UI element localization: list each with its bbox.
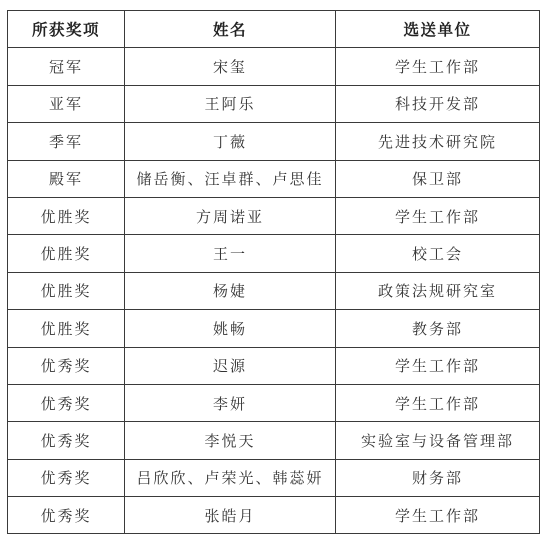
cell-unit: 财务部 — [336, 459, 540, 496]
cell-unit: 学生工作部 — [336, 48, 540, 85]
cell-name: 宋玺 — [125, 48, 336, 85]
table-row: 优秀奖 李妍 学生工作部 — [8, 384, 540, 421]
cell-unit: 政策法规研究室 — [336, 272, 540, 309]
table-row: 优秀奖 张皓月 学生工作部 — [8, 497, 540, 534]
cell-name: 姚畅 — [125, 310, 336, 347]
cell-unit: 实验室与设备管理部 — [336, 422, 540, 459]
cell-name: 吕欣欣、卢荣光、韩蕊妍 — [125, 459, 336, 496]
cell-name: 王一 — [125, 235, 336, 272]
table-row: 优秀奖 迟源 学生工作部 — [8, 347, 540, 384]
cell-award: 优秀奖 — [8, 497, 125, 534]
table-row: 殿军 储岳衡、汪卓群、卢思佳 保卫部 — [8, 160, 540, 197]
table-row: 优秀奖 李悦天 实验室与设备管理部 — [8, 422, 540, 459]
cell-name: 储岳衡、汪卓群、卢思佳 — [125, 160, 336, 197]
table-row: 亚军 王阿乐 科技开发部 — [8, 85, 540, 122]
cell-name: 张皓月 — [125, 497, 336, 534]
header-name: 姓名 — [125, 11, 336, 48]
table-row: 优胜奖 王一 校工会 — [8, 235, 540, 272]
table-row: 优秀奖 吕欣欣、卢荣光、韩蕊妍 财务部 — [8, 459, 540, 496]
cell-award: 优秀奖 — [8, 347, 125, 384]
cell-award: 季军 — [8, 123, 125, 160]
cell-unit: 校工会 — [336, 235, 540, 272]
cell-award: 优胜奖 — [8, 235, 125, 272]
cell-unit: 学生工作部 — [336, 384, 540, 421]
cell-name: 李悦天 — [125, 422, 336, 459]
table-row: 季军 丁薇 先进技术研究院 — [8, 123, 540, 160]
header-unit: 选送单位 — [336, 11, 540, 48]
header-row: 所获奖项 姓名 选送单位 — [8, 11, 540, 48]
cell-award: 优秀奖 — [8, 422, 125, 459]
cell-award: 殿军 — [8, 160, 125, 197]
cell-award: 亚军 — [8, 85, 125, 122]
table-row: 优胜奖 方周诺亚 学生工作部 — [8, 197, 540, 234]
cell-award: 冠军 — [8, 48, 125, 85]
cell-unit: 科技开发部 — [336, 85, 540, 122]
cell-name: 杨婕 — [125, 272, 336, 309]
cell-unit: 学生工作部 — [336, 497, 540, 534]
cell-award: 优胜奖 — [8, 197, 125, 234]
cell-name: 王阿乐 — [125, 85, 336, 122]
award-table: 所获奖项 姓名 选送单位 冠军 宋玺 学生工作部 亚军 王阿乐 科技开发部 季军… — [7, 10, 540, 534]
table-row: 优胜奖 姚畅 教务部 — [8, 310, 540, 347]
cell-award: 优秀奖 — [8, 384, 125, 421]
cell-name: 迟源 — [125, 347, 336, 384]
cell-unit: 学生工作部 — [336, 197, 540, 234]
cell-award: 优胜奖 — [8, 272, 125, 309]
cell-name: 方周诺亚 — [125, 197, 336, 234]
cell-unit: 教务部 — [336, 310, 540, 347]
cell-unit: 学生工作部 — [336, 347, 540, 384]
cell-award: 优胜奖 — [8, 310, 125, 347]
cell-name: 李妍 — [125, 384, 336, 421]
cell-unit: 先进技术研究院 — [336, 123, 540, 160]
cell-name: 丁薇 — [125, 123, 336, 160]
cell-unit: 保卫部 — [336, 160, 540, 197]
table-row: 冠军 宋玺 学生工作部 — [8, 48, 540, 85]
table-row: 优胜奖 杨婕 政策法规研究室 — [8, 272, 540, 309]
header-award: 所获奖项 — [8, 11, 125, 48]
cell-award: 优秀奖 — [8, 459, 125, 496]
